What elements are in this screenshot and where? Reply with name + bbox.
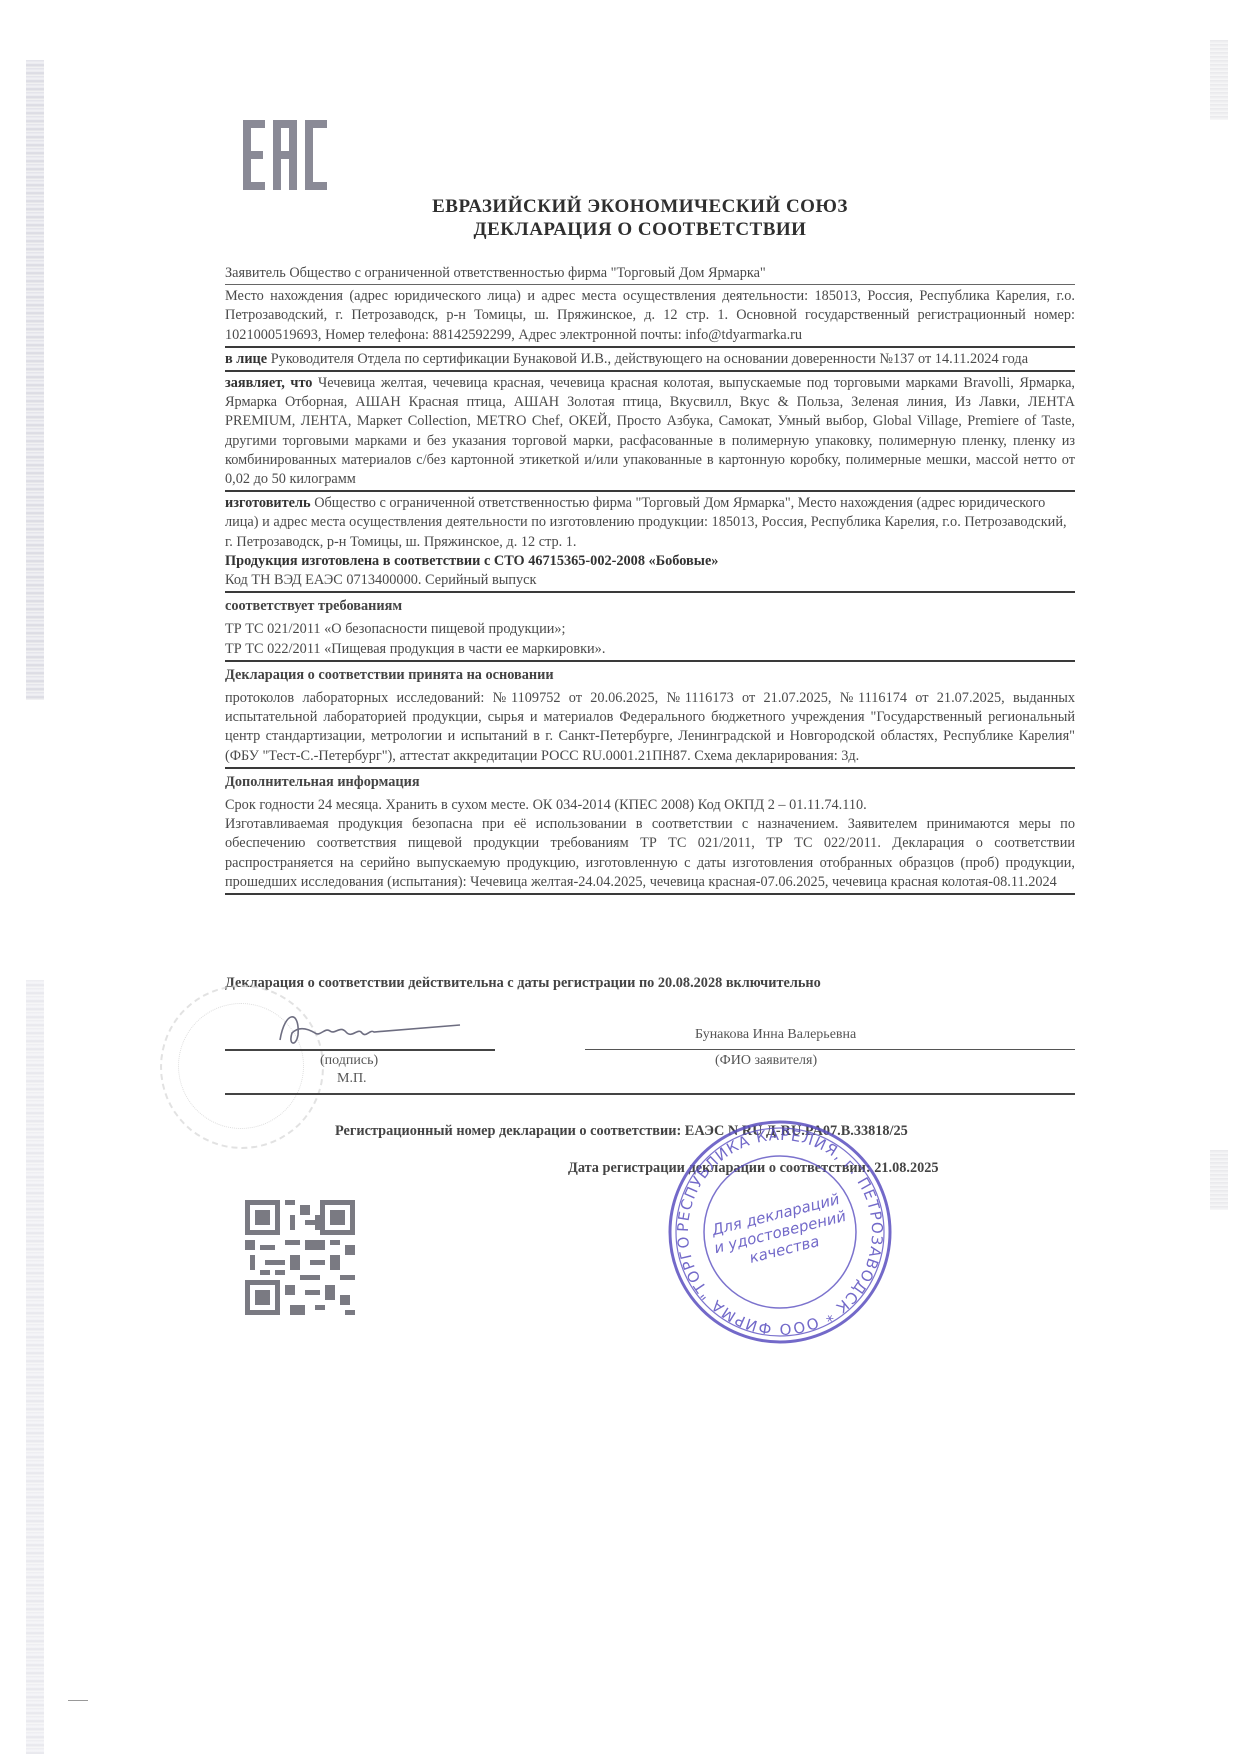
qr-code-icon — [245, 1200, 355, 1315]
requirements-heading: соответствует требованиям — [225, 597, 1075, 616]
eac-mark-icon — [243, 120, 327, 190]
manufacturer-label: изготовитель — [225, 495, 311, 511]
manufacturer-text: Общество с ограниченной ответственностью… — [225, 495, 1067, 549]
applicant-name: Общество с ограниченной ответственностью… — [289, 265, 765, 281]
signature-line — [225, 1049, 495, 1051]
representative-text: Руководителя Отдела по сертификации Буна… — [271, 351, 1028, 367]
name-caption: (ФИО заявителя) — [715, 1053, 817, 1069]
requirement-item: ТР ТС 021/2011 «О безопасности пищевой п… — [225, 620, 1075, 639]
company-seal-icon: РЕСПУБЛИКА КАРЕЛИЯ, г. ПЕТРОЗАВОДСК * ОО… — [660, 1115, 900, 1350]
additional-heading: Дополнительная информация — [225, 773, 1075, 792]
basis-section: Декларация о соответствии принята на осн… — [225, 662, 1075, 769]
requirement-item: ТР ТС 022/2011 «Пищевая продукция в част… — [225, 640, 1075, 659]
basis-text: протоколов лабораторных исследований: №1… — [225, 689, 1075, 766]
registration-number-label: Регистрационный номер декларации о соотв… — [335, 1123, 681, 1139]
representative-prefix: в лице — [225, 351, 267, 367]
name-line — [585, 1049, 1075, 1050]
additional-section: Дополнительная информация Срок годности … — [225, 769, 1075, 895]
declaration-title: ДЕКЛАРАЦИЯ О СООТВЕТСТВИИ — [380, 218, 900, 241]
signature-block: (подпись) М.П. Бунакова Инна Валерьевна … — [225, 1005, 1075, 1100]
document-header: ЕВРАЗИЙСКИЙ ЭКОНОМИЧЕСКИЙ СОЮЗ ДЕКЛАРАЦИ… — [380, 195, 900, 241]
signature-caption: (подпись) — [320, 1053, 378, 1069]
signature-icon — [270, 1005, 470, 1050]
location-text: Место нахождения (адрес юридического лиц… — [225, 287, 1075, 345]
requirements-section: соответствует требованиям ТР ТС 021/2011… — [225, 593, 1075, 662]
scan-artifact-left-lower — [26, 980, 44, 1754]
applicant-section: Заявитель Общество с ограниченной ответс… — [225, 262, 1075, 285]
product-description: Чечевица желтая, чечевица красная, чечев… — [225, 375, 1075, 487]
seal-caption: М.П. — [337, 1071, 367, 1087]
location-section: Место нахождения (адрес юридического лиц… — [225, 285, 1075, 348]
manufacturer-section: изготовитель Общество с ограниченной отв… — [225, 492, 1075, 593]
representative-section: в лице Руководителя Отдела по сертификац… — [225, 348, 1075, 372]
basis-heading: Декларация о соответствии принята на осн… — [225, 666, 1075, 685]
declaration-body: Заявитель Общество с ограниченной ответс… — [225, 262, 1075, 895]
union-title: ЕВРАЗИЙСКИЙ ЭКОНОМИЧЕСКИЙ СОЮЗ — [380, 195, 900, 218]
scan-artifact-right — [1210, 40, 1228, 120]
validity-statement: Декларация о соответствии действительна … — [225, 975, 1075, 992]
applicant-full-name: Бунакова Инна Валерьевна — [695, 1027, 856, 1043]
declares-prefix: заявляет, что — [225, 375, 312, 391]
manufacturer-standard: Продукция изготовлена в соответствии с С… — [225, 552, 1075, 571]
shelf-life-text: Срок годности 24 месяца. Хранить в сухом… — [225, 796, 1075, 815]
declares-section: заявляет, что Чечевица желтая, чечевица … — [225, 372, 1075, 492]
applicant-label: Заявитель — [225, 265, 286, 281]
scan-artifact-bottom — [68, 1700, 88, 1701]
additional-text: Изготавливаемая продукция безопасна при … — [225, 815, 1075, 892]
tn-ved-code: Код ТН ВЭД ЕАЭС 0713400000. Серийный вып… — [225, 571, 1075, 590]
scan-artifact-left — [26, 60, 44, 700]
scan-artifact-right-lower — [1210, 1150, 1228, 1210]
separator-line — [225, 1093, 1075, 1095]
